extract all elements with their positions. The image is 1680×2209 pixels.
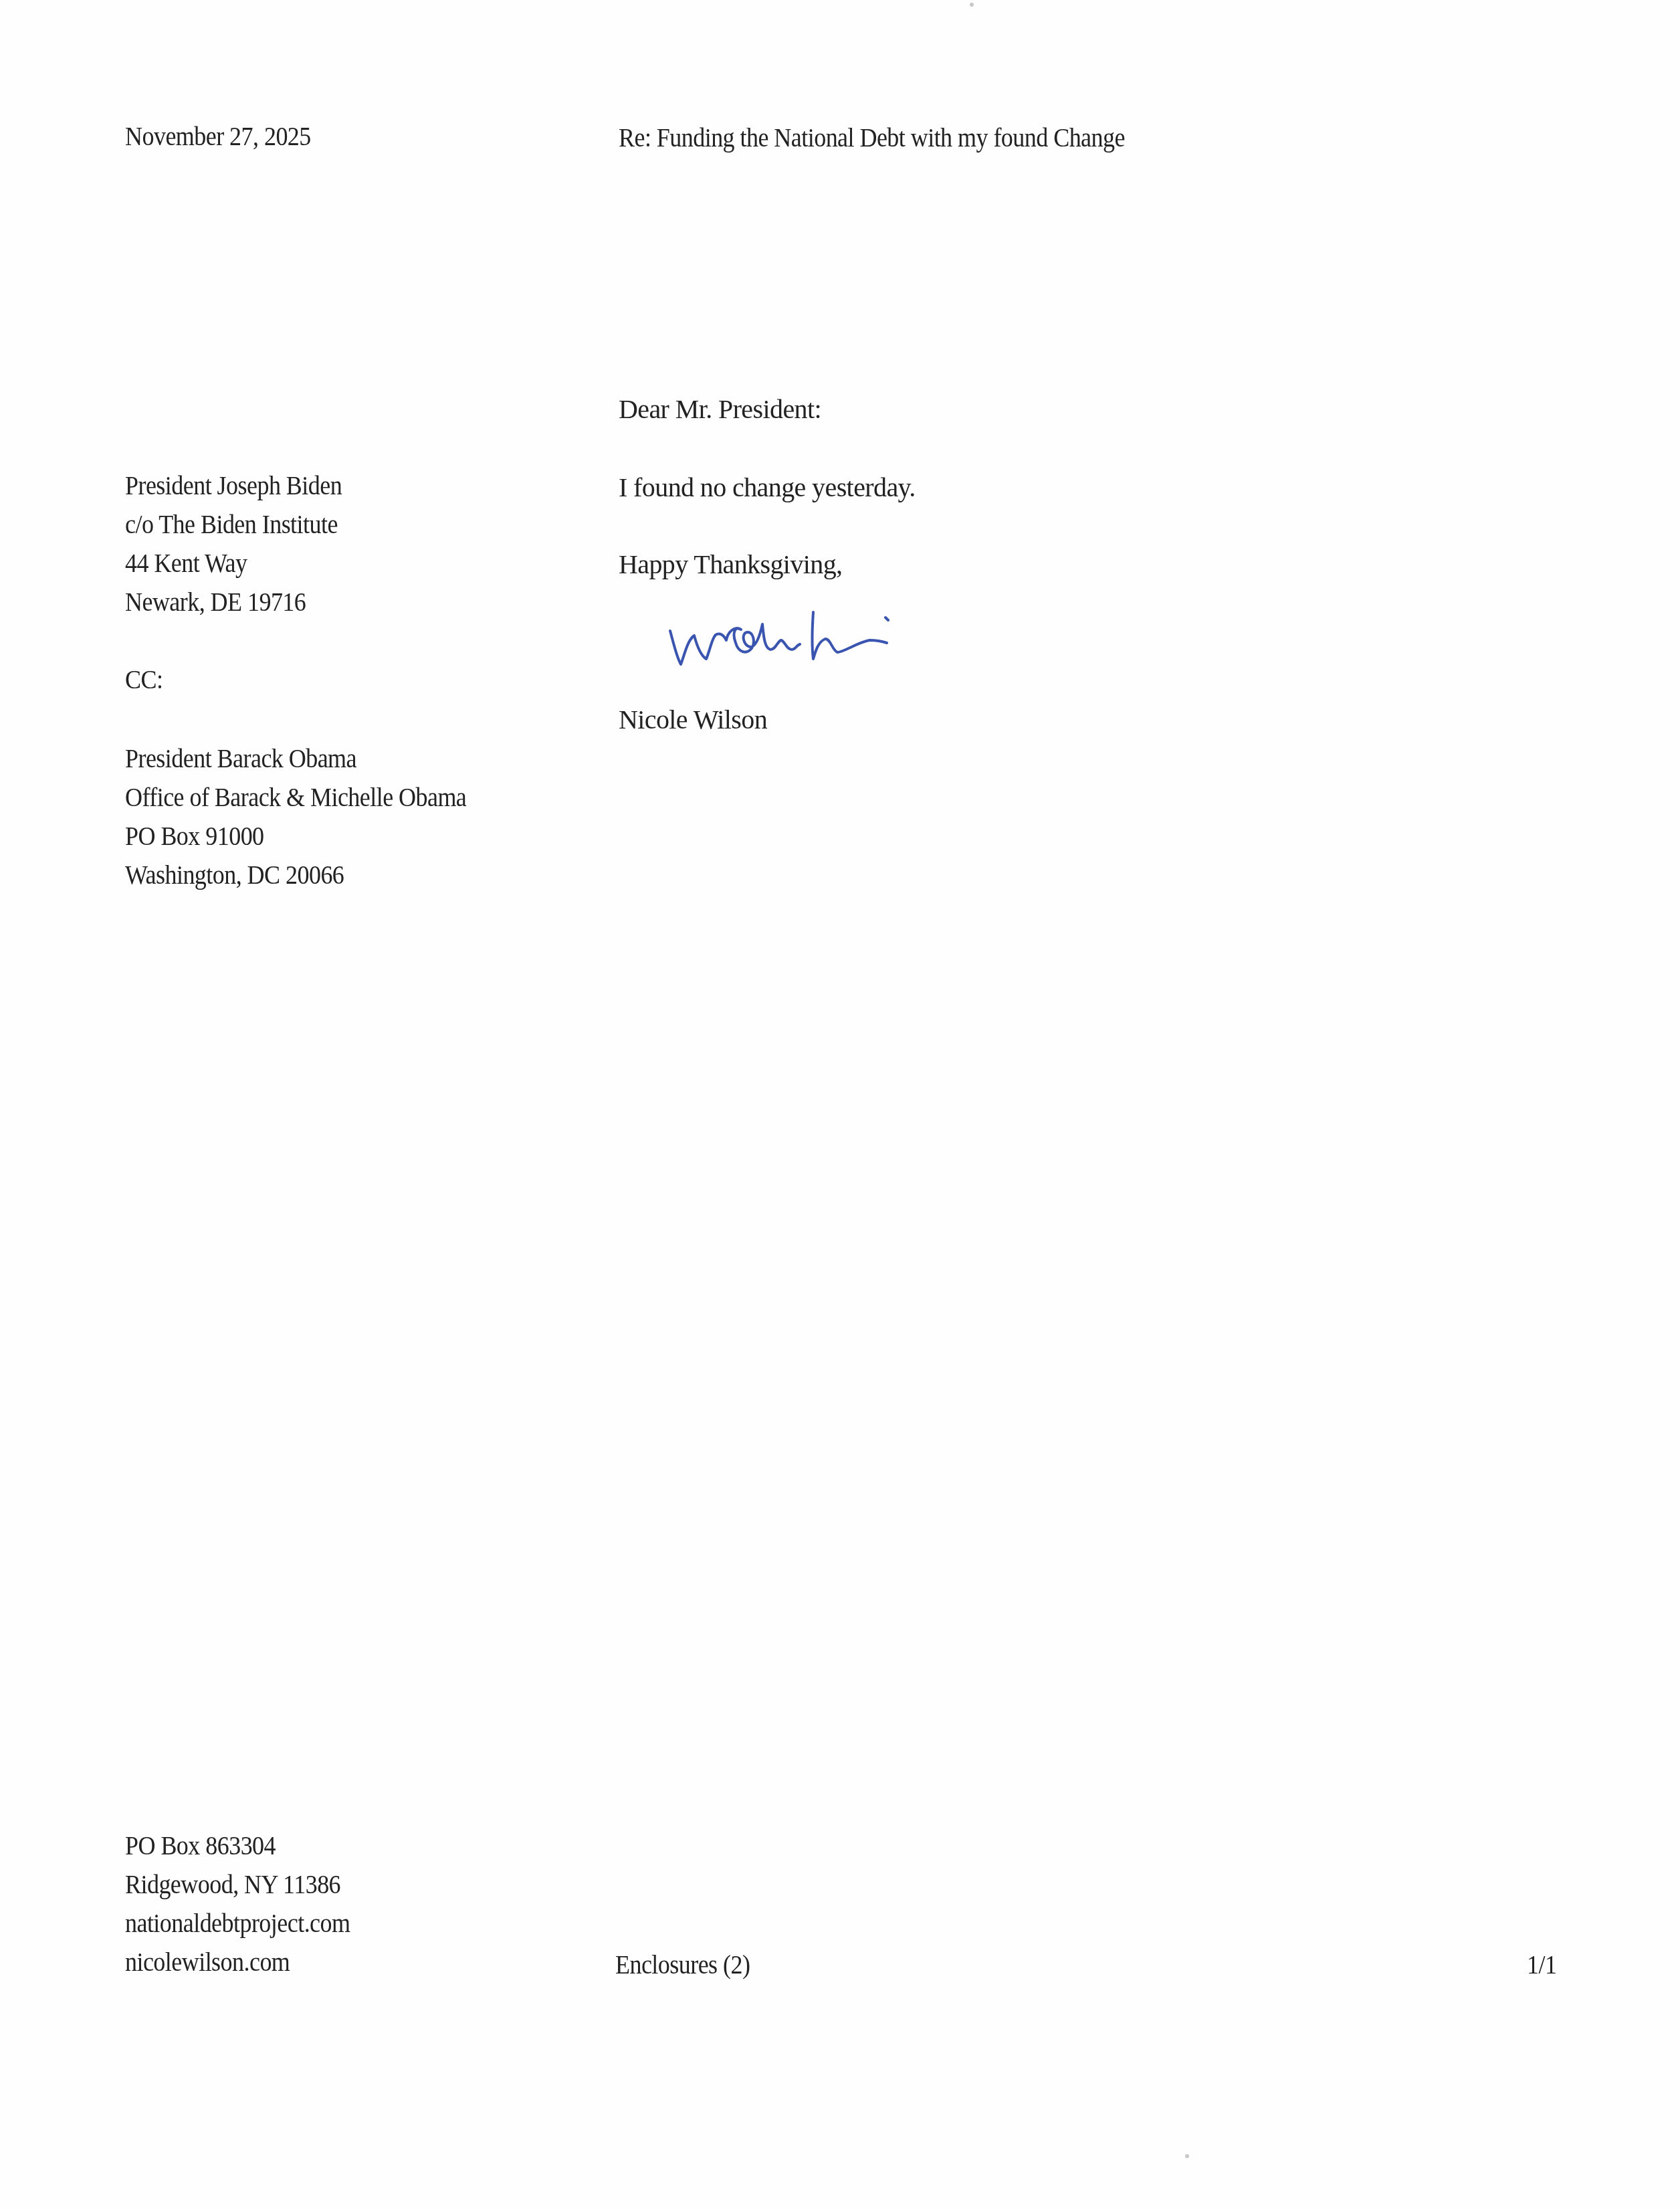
cc-line: PO Box 91000	[125, 817, 466, 856]
recipient-address: President Joseph Biden c/o The Biden Ins…	[125, 466, 342, 621]
recipient-line: President Joseph Biden	[125, 466, 342, 505]
page-number: 1/1	[1527, 1945, 1556, 1984]
recipient-line: 44 Kent Way	[125, 544, 342, 583]
scan-speck	[1185, 2154, 1189, 2158]
recipient-line: c/o The Biden Institute	[125, 505, 342, 544]
sender-address: PO Box 863304 Ridgewood, NY 11386 nation…	[125, 1826, 350, 1982]
cc-line: Washington, DC 20066	[125, 856, 466, 894]
letter-body: I found no change yesterday.	[619, 468, 916, 507]
letter-subject: Re: Funding the National Debt with my fo…	[619, 118, 1125, 157]
cc-line: President Barack Obama	[125, 739, 466, 778]
scan-speck	[970, 3, 974, 7]
letter-closing: Happy Thanksgiving,	[619, 545, 843, 584]
enclosures-note: Enclosures (2)	[615, 1945, 750, 1984]
recipient-line: Newark, DE 19716	[125, 583, 342, 621]
sender-line: nicolewilson.com	[125, 1943, 350, 1982]
sender-line: PO Box 863304	[125, 1826, 350, 1865]
salutation: Dear Mr. President:	[619, 390, 821, 429]
signer-name: Nicole Wilson	[619, 700, 767, 739]
cc-address: President Barack Obama Office of Barack …	[125, 739, 466, 894]
sender-line: Ridgewood, NY 11386	[125, 1865, 350, 1904]
sender-line: nationaldebtproject.com	[125, 1904, 350, 1943]
letter-date: November 27, 2025	[125, 117, 311, 156]
cc-label: CC:	[125, 660, 163, 699]
signature-icon	[662, 605, 956, 679]
letter-page: November 27, 2025 Re: Funding the Nation…	[0, 0, 1680, 2209]
cc-line: Office of Barack & Michelle Obama	[125, 778, 466, 817]
